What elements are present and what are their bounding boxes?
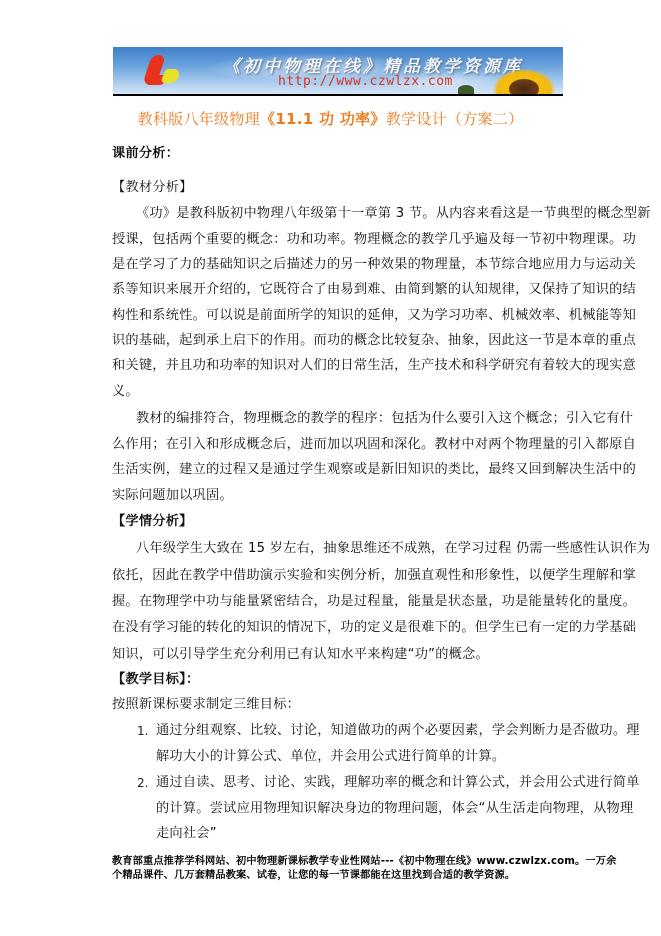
site-banner: 《初中物理在线》精品教学资源库 http://www.czwlzx.com — [113, 47, 563, 94]
paragraph-line: 教材的编排符合，物理概念的教学的程序：包括为什么要引入这个概念；引入它有什 — [136, 411, 633, 427]
teaching-goals-intro: 按照新课标要求制定三维目标： — [112, 697, 300, 713]
paragraph-line: 实际问题加以巩固。 — [112, 488, 233, 504]
list-item-line: 通过分组观察、比较、讨论，知道做功的两个必要因素，学会判断力是否做功。理 — [156, 723, 640, 739]
document-page: 《初中物理在线》精品教学资源库 http://www.czwlzx.com 教科… — [0, 0, 661, 936]
paragraph-line: 和关键，并且功和功率的知识对人们的日常生活，生产技术和科学研究有着较大的现实意 — [112, 358, 636, 374]
paragraph-line: 义。 — [112, 384, 139, 400]
paragraph-line: 识的基础，起到承上启下的作用。而功的概念比较复杂、抽象，因此这一节是本章的重点 — [112, 333, 636, 349]
document-title: 教科版八年级物理《11.1 功 功率》教学设计（方案二） — [0, 108, 661, 129]
list-item-line: 通过自读、思考、讨论、实践，理解功率的概念和计算公式，并会用公式进行简单 — [156, 775, 640, 791]
textbook-analysis-heading: 【教材分析】 — [112, 180, 193, 196]
section-heading: 课前分析： — [112, 146, 179, 162]
title-lesson: 《11.1 功 功率》 — [260, 110, 386, 128]
paragraph-line: 八年级学生大致在 15 岁左右，抽象思维还不成熟，在学习过程 仍需一些感性认识作… — [136, 541, 650, 557]
paragraph-line: 是在学习了力的基础知识之后描述力的另一种效果的物理量，本节综合地应用力与运动关 — [112, 257, 636, 273]
paragraph-line: 《功》是教科版初中物理八年级第十一章第 3 节。从内容来看这是一节典型的概念型新 — [136, 206, 651, 222]
list-number: 1. — [137, 723, 148, 739]
paragraph-line: 系等知识来展开介绍的，它既符合了由易到难、由简到繁的认知规律，又保持了知识的结 — [112, 282, 636, 298]
title-prefix: 教科版八年级物理 — [138, 110, 260, 128]
paragraph-line: 构性和系统性。可以说是前面所学的知识的延伸，又为学习功率、机械效率、机械能等知 — [112, 308, 636, 324]
list-item-line: 解功大小的计算公式、单位，并会用公式进行简单的计算。 — [156, 749, 505, 765]
paragraph-line: 在没有学习能的转化的知识的情况下，功的定义是很难下的。但学生已有一定的力学基础 — [112, 620, 636, 636]
title-suffix: 教学设计（方案二） — [386, 110, 524, 128]
leaf-decoration — [458, 85, 474, 94]
header-divider — [113, 94, 563, 96]
list-number: 2. — [137, 775, 148, 791]
list-item-line: 走向社会” — [156, 826, 217, 842]
paragraph-line: 依托，因此在教学中借助演示实验和实例分析，加强直观性和形象性，以便学生理解和掌 — [112, 568, 636, 584]
paragraph-line: 授课，包括两个重要的概念：功和功率。物理概念的教学几乎遍及每一节初中物理课。功 — [112, 232, 636, 248]
list-item-line: 的计算。尝试应用物理知识解决身边的物理问题，体会“从生活走向物理，从物理 — [156, 801, 633, 817]
paragraph-line: 握。在物理学中功与能量紧密结合，功是过程量，能量是状态量，功是能量转化的量度。 — [112, 594, 636, 610]
site-logo-icon — [143, 55, 183, 89]
student-analysis-heading: 【学情分析】 — [112, 514, 193, 530]
sunflower-icon — [493, 69, 555, 94]
footer-line: 个精品课件、几万套精品教案、试卷，让您的每一节课都能在这里找到合适的教学资源。 — [112, 869, 515, 882]
footer-line: 教育部重点推荐学科网站、初中物理新课标教学专业性网站---《初中物理在线》www… — [112, 855, 616, 868]
paragraph-line: 知识，可以引导学生充分利用已有认知水平来构建“功”的概念。 — [112, 647, 489, 663]
paragraph-line: 生活实例，建立的过程又是通过学生观察或是新旧知识的类比，最终又回到解决生活中的 — [112, 462, 636, 478]
banner-url: http://www.czwlzx.com — [278, 74, 453, 89]
teaching-goals-heading: 【教学目标】： — [112, 672, 199, 688]
paragraph-line: 么作用；在引入和形成概念后，进而加以巩固和深化。教材中对两个物理量的引入都原自 — [112, 437, 636, 453]
